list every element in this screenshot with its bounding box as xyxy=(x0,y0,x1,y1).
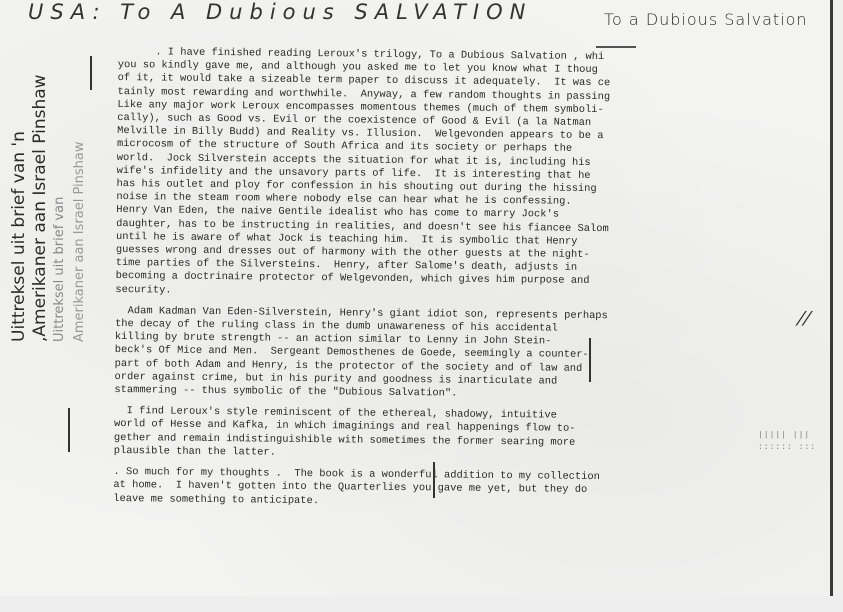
paragraph-3: I find Leroux's style reminiscent of the… xyxy=(114,405,655,463)
paragraph-4: . So much for my thoughts . The book is … xyxy=(113,466,653,511)
margin-bar-mark xyxy=(589,338,591,382)
double-slash-mark: // xyxy=(794,308,814,329)
bleed-through-text: ||||| |||:::::: ::: xyxy=(758,430,816,454)
paragraph-1: . I have finished reading Leroux's trilo… xyxy=(115,46,658,303)
pen-stroke-mark xyxy=(433,462,435,498)
margin-note-faint-line-1: Uittreksel uit brief van xyxy=(52,197,67,342)
handwritten-title-left: USA: To A Dubious SALVATION xyxy=(28,0,532,24)
margin-bar-mark-left xyxy=(68,408,70,452)
scanned-letter-page: USA: To A Dubious SALVATION To a Dubious… xyxy=(0,0,833,596)
paragraph-2: Adam Kadman Van Eden-Silverstein, Henry'… xyxy=(114,305,655,403)
margin-note-line-1: Uittreksel uit brief van 'n xyxy=(9,131,29,342)
pen-underline-mark xyxy=(596,46,636,48)
handwritten-title-right: To a Dubious Salvation xyxy=(604,10,808,29)
margin-bar-mark-top xyxy=(90,56,92,90)
margin-note-line-2: ,Amerikaner aan Israel Pinshaw xyxy=(30,74,50,342)
margin-note-faint-line-2: Amerikaner aan Israel Pinshaw xyxy=(72,142,87,342)
typed-letter-body: . I have finished reading Leroux's trilo… xyxy=(113,46,658,519)
scanner-bed-edge xyxy=(0,596,843,612)
